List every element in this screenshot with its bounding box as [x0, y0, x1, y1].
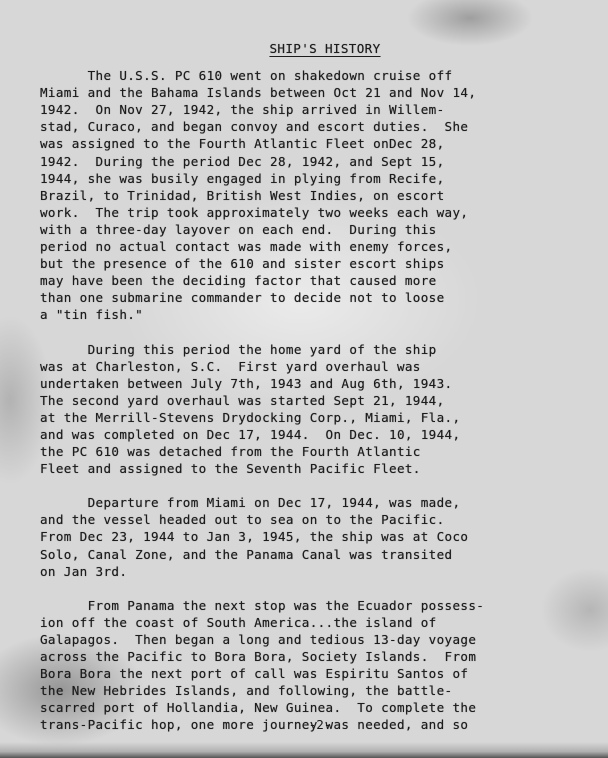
- text-line: stad, Curaco, and began convoy and escor…: [40, 118, 580, 135]
- text-line: the New Hebrides Islands, and following,…: [40, 682, 580, 699]
- page-number: -2-: [0, 717, 608, 732]
- document-title: SHIP'S HISTORY: [40, 40, 580, 57]
- text-line: on Jan 3rd.: [40, 563, 580, 580]
- text-line: Bora Bora the next port of call was Espi…: [40, 665, 580, 682]
- text-line: a "tin fish.": [40, 306, 580, 323]
- text-line: During this period the home yard of the …: [40, 341, 580, 358]
- text-line: The U.S.S. PC 610 went on shakedown crui…: [40, 67, 580, 84]
- text-line: The second yard overhaul was started Sep…: [40, 392, 580, 409]
- text-line: Departure from Miami on Dec 17, 1944, wa…: [40, 494, 580, 511]
- text-line: undertaken between July 7th, 1943 and Au…: [40, 375, 580, 392]
- text-line: may have been the deciding factor that c…: [40, 272, 580, 289]
- paragraph-home-yard: During this period the home yard of the …: [40, 341, 580, 478]
- paragraph-shakedown: The U.S.S. PC 610 went on shakedown crui…: [40, 67, 580, 323]
- text-line: Brazil, to Trinidad, British West Indies…: [40, 187, 580, 204]
- text-line: Miami and the Bahama Islands between Oct…: [40, 84, 580, 101]
- text-line: 1942. During the period Dec 28, 1942, an…: [40, 153, 580, 170]
- text-line: 1942. On Nov 27, 1942, the ship arrived …: [40, 101, 580, 118]
- text-line: but the presence of the 610 and sister e…: [40, 255, 580, 272]
- document-body: SHIP'S HISTORY The U.S.S. PC 610 went on…: [40, 40, 580, 750]
- typewritten-page: SHIP'S HISTORY The U.S.S. PC 610 went on…: [0, 0, 608, 758]
- text-line: was assigned to the Fourth Atlantic Flee…: [40, 135, 580, 152]
- text-line: ion off the coast of South America...the…: [40, 614, 580, 631]
- text-line: From Panama the next stop was the Ecuado…: [40, 597, 580, 614]
- paragraph-pacific-voyage: From Panama the next stop was the Ecuado…: [40, 597, 580, 734]
- text-line: Solo, Canal Zone, and the Panama Canal w…: [40, 546, 580, 563]
- text-line: work. The trip took approximately two we…: [40, 204, 580, 221]
- paragraph-departure: Departure from Miami on Dec 17, 1944, wa…: [40, 494, 580, 579]
- text-line: and was completed on Dec 17, 1944. On De…: [40, 426, 580, 443]
- text-line: scarred port of Hollandia, New Guinea. T…: [40, 699, 580, 716]
- text-line: period no actual contact was made with e…: [40, 238, 580, 255]
- text-line: than one submarine commander to decide n…: [40, 289, 580, 306]
- text-line: 1944, she was busily engaged in plying f…: [40, 170, 580, 187]
- text-line: across the Pacific to Bora Bora, Society…: [40, 648, 580, 665]
- text-line: with a three-day layover on each end. Du…: [40, 221, 580, 238]
- text-line: From Dec 23, 1944 to Jan 3, 1945, the sh…: [40, 528, 580, 545]
- text-line: the PC 610 was detached from the Fourth …: [40, 443, 580, 460]
- text-line: Fleet and assigned to the Seventh Pacifi…: [40, 460, 580, 477]
- text-line: at the Merrill-Stevens Drydocking Corp.,…: [40, 409, 580, 426]
- text-line: Galapagos. Then began a long and tedious…: [40, 631, 580, 648]
- text-line: and the vessel headed out to sea on to t…: [40, 511, 580, 528]
- text-line: was at Charleston, S.C. First yard overh…: [40, 358, 580, 375]
